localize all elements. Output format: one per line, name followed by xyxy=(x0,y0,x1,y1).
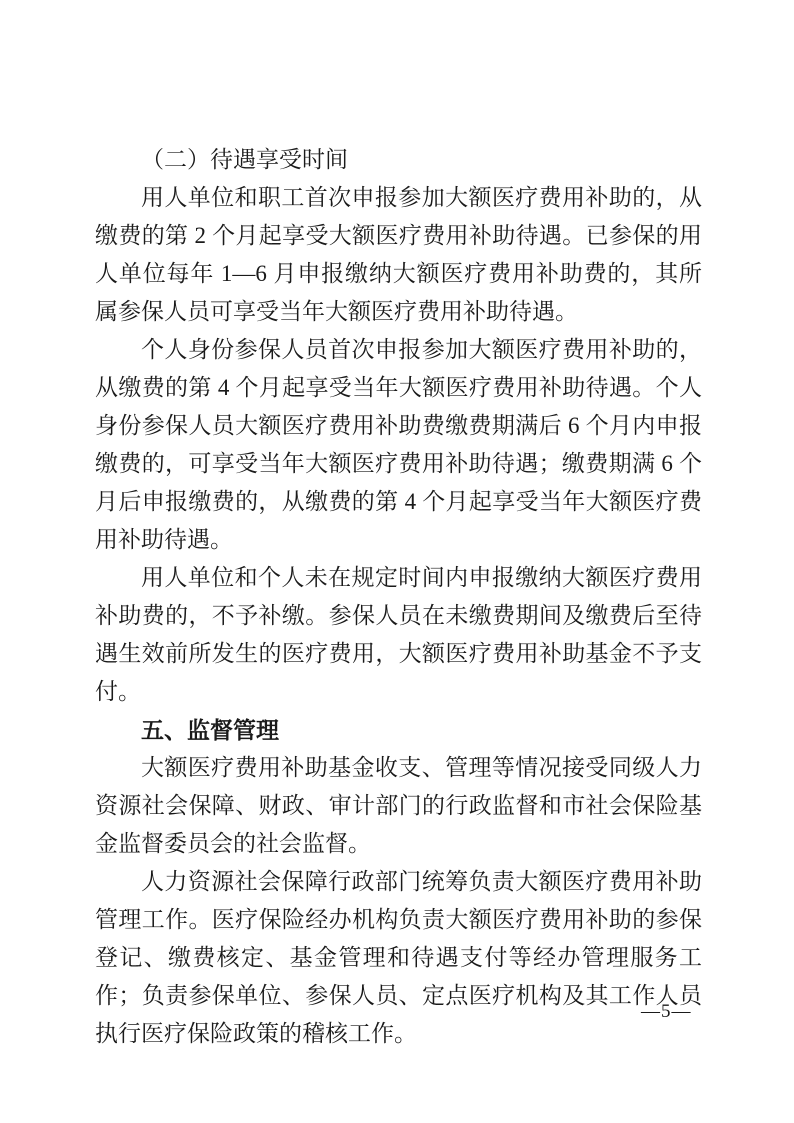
section-heading-supervision-management: 五、监督管理 xyxy=(95,711,702,749)
paragraph-administration-duties: 人力资源社会保障行政部门统筹负责大额医疗费用补助管理工作。医疗保险经办机构负责大… xyxy=(95,863,702,1053)
section-subheading-treatment-time: （二）待遇享受时间 xyxy=(95,141,702,179)
paragraph-individual-first-declaration: 个人身份参保人员首次申报参加大额医疗费用补助的，从缴费的第 4 个月起享受当年大… xyxy=(95,331,702,559)
document-page: （二）待遇享受时间 用人单位和职工首次申报参加大额医疗费用补助的，从缴费的第 2… xyxy=(0,0,794,1123)
page-number: —5— xyxy=(641,1000,692,1024)
paragraph-employer-first-declaration: 用人单位和职工首次申报参加大额医疗费用补助的，从缴费的第 2 个月起享受大额医疗… xyxy=(95,179,702,331)
paragraph-fund-supervision: 大额医疗费用补助基金收支、管理等情况接受同级人力资源社会保障、财政、审计部门的行… xyxy=(95,749,702,863)
document-body: （二）待遇享受时间 用人单位和职工首次申报参加大额医疗费用补助的，从缴费的第 2… xyxy=(95,141,702,1053)
paragraph-no-late-payment: 用人单位和个人未在规定时间内申报缴纳大额医疗费用补助费的，不予补缴。参保人员在未… xyxy=(95,559,702,711)
